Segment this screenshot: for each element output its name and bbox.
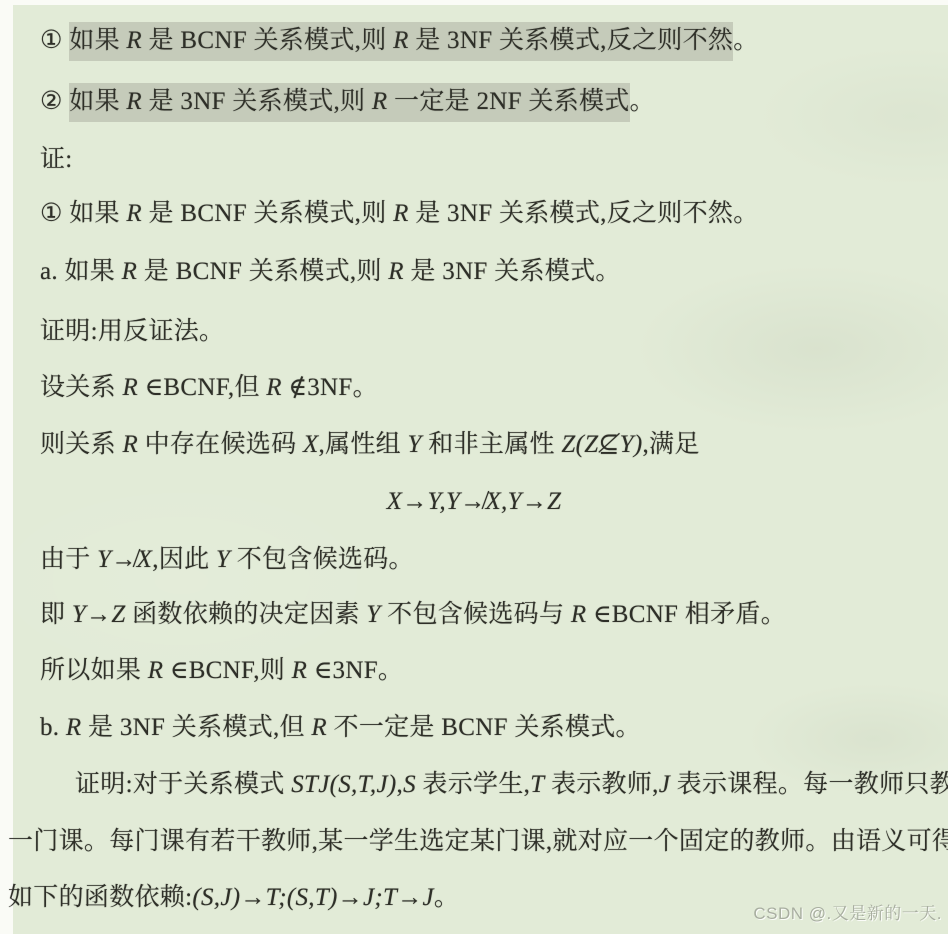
highlighted-statement-2: ② 如果 R 是 3NF 关系模式,则 R 一定是 2NF 关系模式。 bbox=[40, 84, 655, 120]
conclusion-1a: 所以如果 R ∈BCNF,则 R ∈3NF。 bbox=[40, 653, 403, 689]
proof-1a-method: 证明:用反证法。 bbox=[40, 314, 224, 350]
assumption-line: 设关系 R ∈BCNF,但 R ∉3NF。 bbox=[40, 370, 378, 406]
deduction-line-1: 由于 Y↛X,因此 Y 不包含候选码。 bbox=[40, 542, 414, 578]
condition-line: 则关系 R 中存在候选码 X,属性组 Y 和非主属性 Z(Z⊈Y),满足 bbox=[40, 427, 700, 463]
scanned-textbook-page: ① 如果 R 是 BCNF 关系模式,则 R 是 3NF 关系模式,反之则不然。… bbox=[0, 0, 948, 934]
proof-label: 证: bbox=[40, 142, 73, 178]
proof-1b-line-2: 一门课。每门课有若干教师,某一学生选定某门课,就对应一个固定的教师。由语义可得到 bbox=[8, 824, 948, 860]
claim-1: ① 如果 R 是 BCNF 关系模式,则 R 是 3NF 关系模式,反之则不然。 bbox=[40, 196, 759, 232]
highlighted-statement-1: ① 如果 R 是 BCNF 关系模式,则 R 是 3NF 关系模式,反之则不然。 bbox=[40, 23, 759, 59]
deduction-line-2: 即 Y→Z 函数依赖的决定因素 Y 不包含候选码与 R ∈BCNF 相矛盾。 bbox=[40, 597, 786, 633]
claim-1a: a. 如果 R 是 BCNF 关系模式,则 R 是 3NF 关系模式。 bbox=[40, 254, 621, 290]
csdn-watermark: CSDN @.又是新的一天. bbox=[753, 899, 942, 924]
proof-1b-line-3: 如下的函数依赖:(S,J)→T;(S,T)→J;T→J。 bbox=[8, 880, 459, 916]
claim-1b: b. R 是 3NF 关系模式,但 R 不一定是 BCNF 关系模式。 bbox=[40, 710, 641, 746]
proof-1b-line-1: 证明:对于关系模式 STJ(S,T,J),S 表示学生,T 表示教师,J 表示课… bbox=[75, 767, 948, 803]
fd-formula: X→Y,Y↛X,Y→Z bbox=[0, 484, 948, 520]
